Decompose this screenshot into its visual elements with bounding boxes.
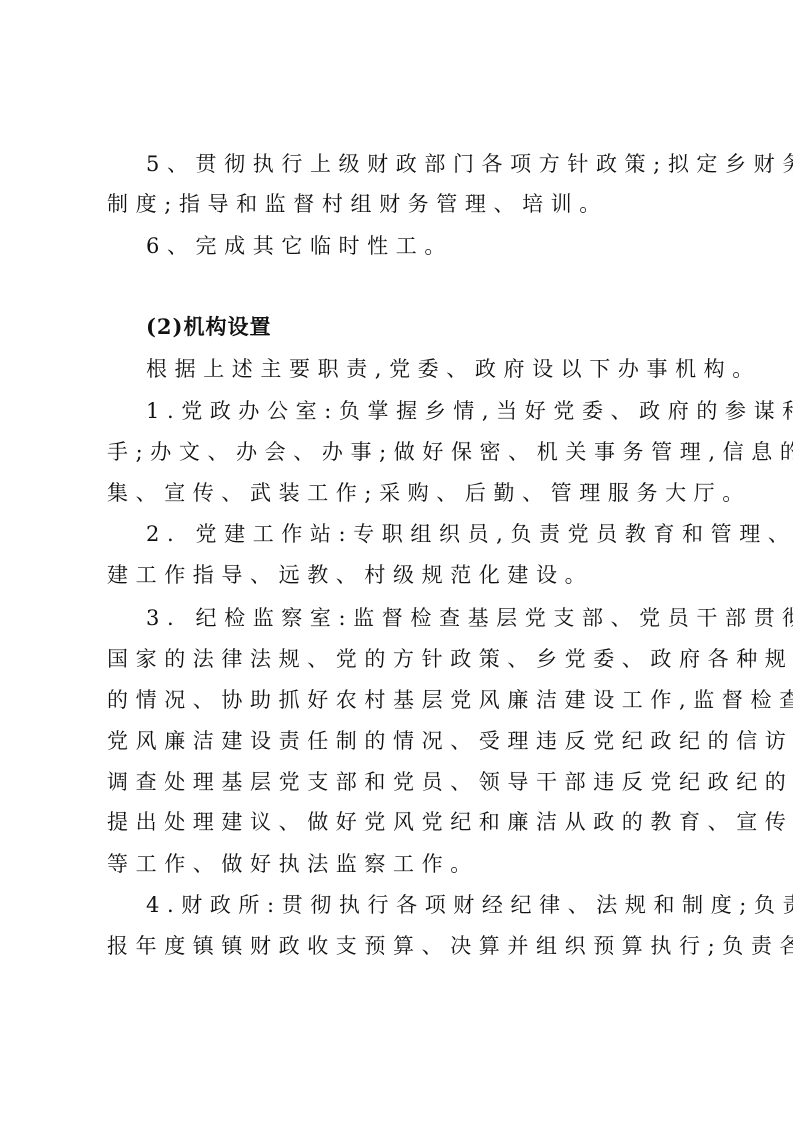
paragraph-item-6: 6、完成其它临时性工。 bbox=[146, 232, 697, 260]
paragraph-office-3-cont3: 党风廉洁建设责任制的情况、受理违反党纪政纪的信访和举报、 bbox=[107, 727, 697, 755]
paragraph-office-3-cont: 国家的法律法规、党的方针政策、乡党委、政府各种规章制度 bbox=[107, 645, 697, 673]
paragraph-office-3-cont6: 等工作、做好执法监察工作。 bbox=[107, 850, 697, 878]
section-heading-org-setup: (2)机构设置 bbox=[146, 313, 697, 341]
paragraph-item-5: 5、贯彻执行上级财政部门各项方针政策;拟定乡财务管理 bbox=[146, 150, 697, 178]
paragraph-office-4: 4.财政所:贯彻执行各项财经纪律、法规和制度;负责编 bbox=[146, 891, 697, 919]
paragraph-office-3: 3. 纪检监察室:监督检查基层党支部、党员干部贯彻执行 bbox=[146, 604, 697, 632]
paragraph-office-3-cont2: 的情况、协助抓好农村基层党风廉洁建设工作,监督检查落实 bbox=[107, 686, 697, 714]
paragraph-office-1-cont: 手;办文、办会、办事;做好保密、机关事务管理,信息的收 bbox=[107, 438, 697, 466]
document-page: 5、贯彻执行上级财政部门各项方针政策;拟定乡财务管理 制度;指导和监督村组财务管… bbox=[0, 0, 793, 1122]
paragraph-office-3-cont5: 提出处理建议、做好党风党纪和廉洁从政的教育、宣传、调研 bbox=[107, 808, 697, 836]
paragraph-office-3-cont4: 调查处理基层党支部和党员、领导干部违反党纪政纪的行为或 bbox=[107, 768, 697, 796]
paragraph-office-1: 1.党政办公室:负掌握乡情,当好党委、政府的参谋和助 bbox=[146, 397, 697, 425]
paragraph-office-2-cont: 建工作指导、远教、村级规范化建设。 bbox=[107, 561, 697, 589]
paragraph-item-5-cont: 制度;指导和监督村组财务管理、培训。 bbox=[107, 190, 697, 218]
paragraph-intro: 根据上述主要职责,党委、政府设以下办事机构。 bbox=[146, 355, 697, 383]
paragraph-office-1-cont2: 集、宣传、武装工作;采购、后勤、管理服务大厅。 bbox=[107, 479, 697, 507]
paragraph-office-4-cont: 报年度镇镇财政收支预算、决算并组织预算执行;负责各项强 bbox=[107, 932, 697, 960]
paragraph-office-2: 2. 党建工作站:专职组织员,负责党员教育和管理、村党 bbox=[146, 520, 697, 548]
